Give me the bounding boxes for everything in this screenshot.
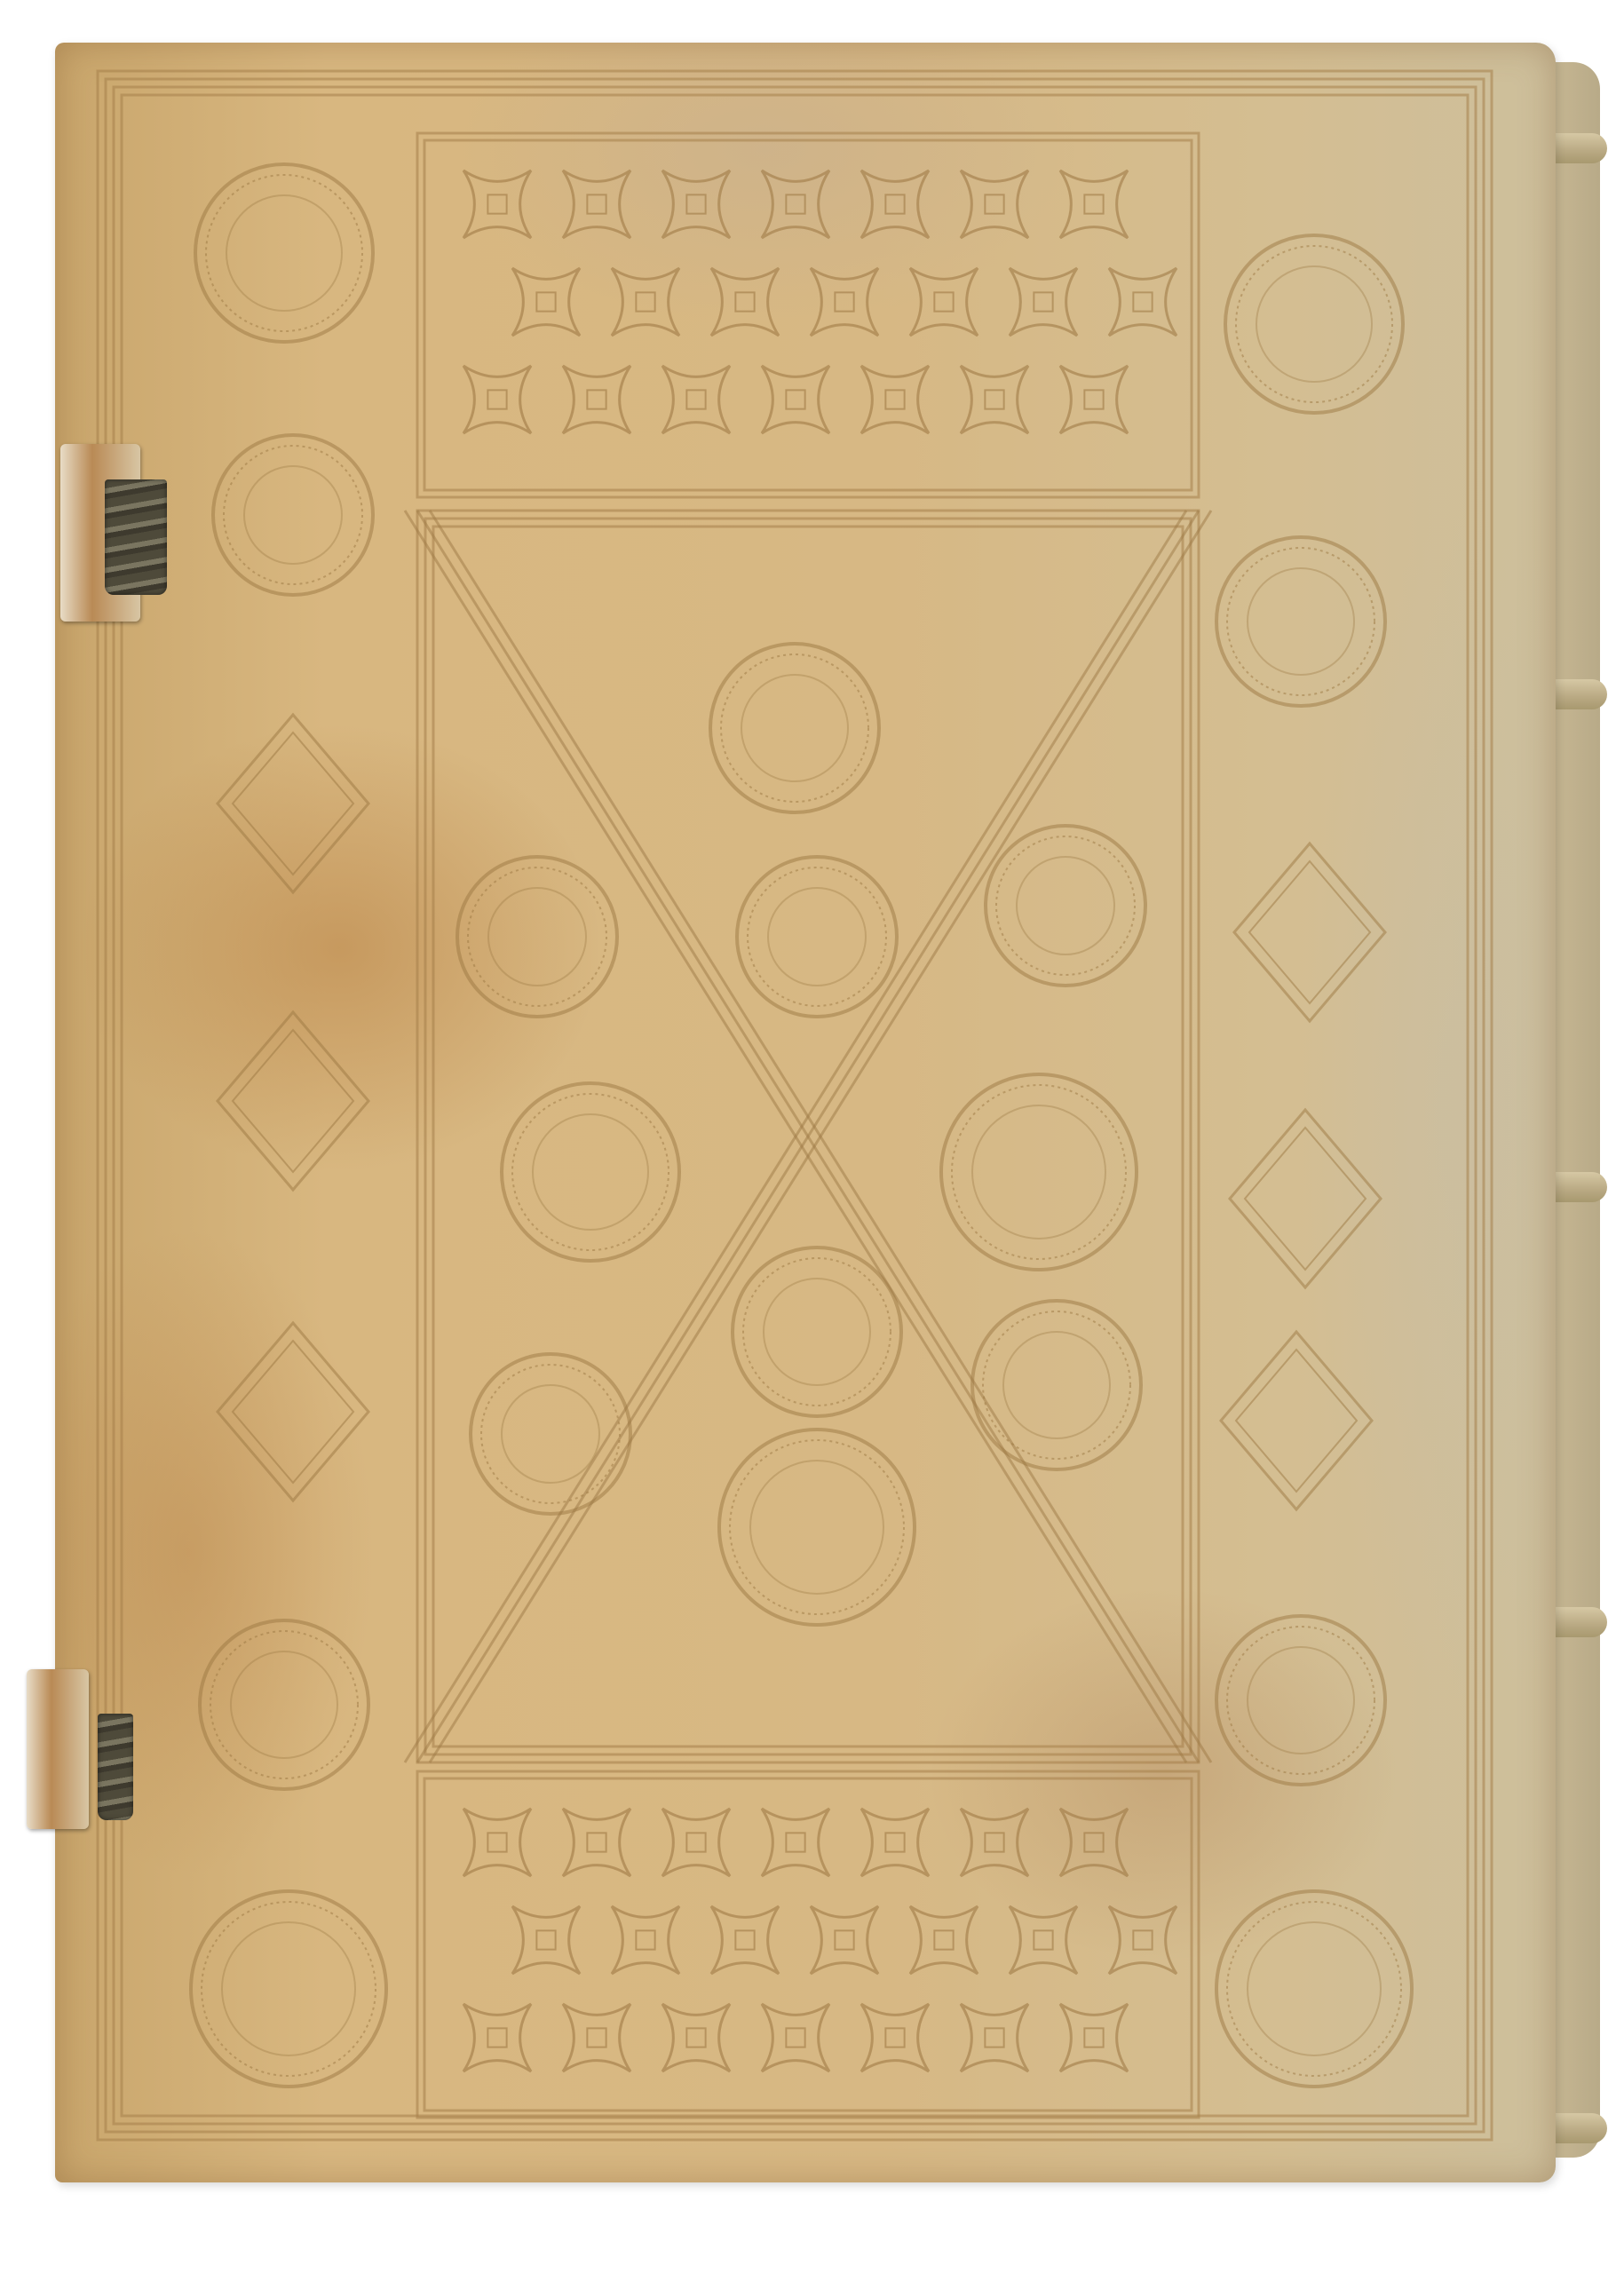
tooled-frames <box>98 71 1492 2140</box>
clasp-strap <box>27 1669 89 1829</box>
clasp-metal-plate <box>98 1714 133 1820</box>
lozenge-stamps <box>218 715 1385 1509</box>
book-photo <box>0 0 1624 2273</box>
clasp-metal-plate <box>105 479 167 595</box>
blind-tooling-decoration <box>0 0 1624 2273</box>
fleuron-stamps <box>463 170 1176 2071</box>
saltire-diagonals <box>405 511 1211 1762</box>
